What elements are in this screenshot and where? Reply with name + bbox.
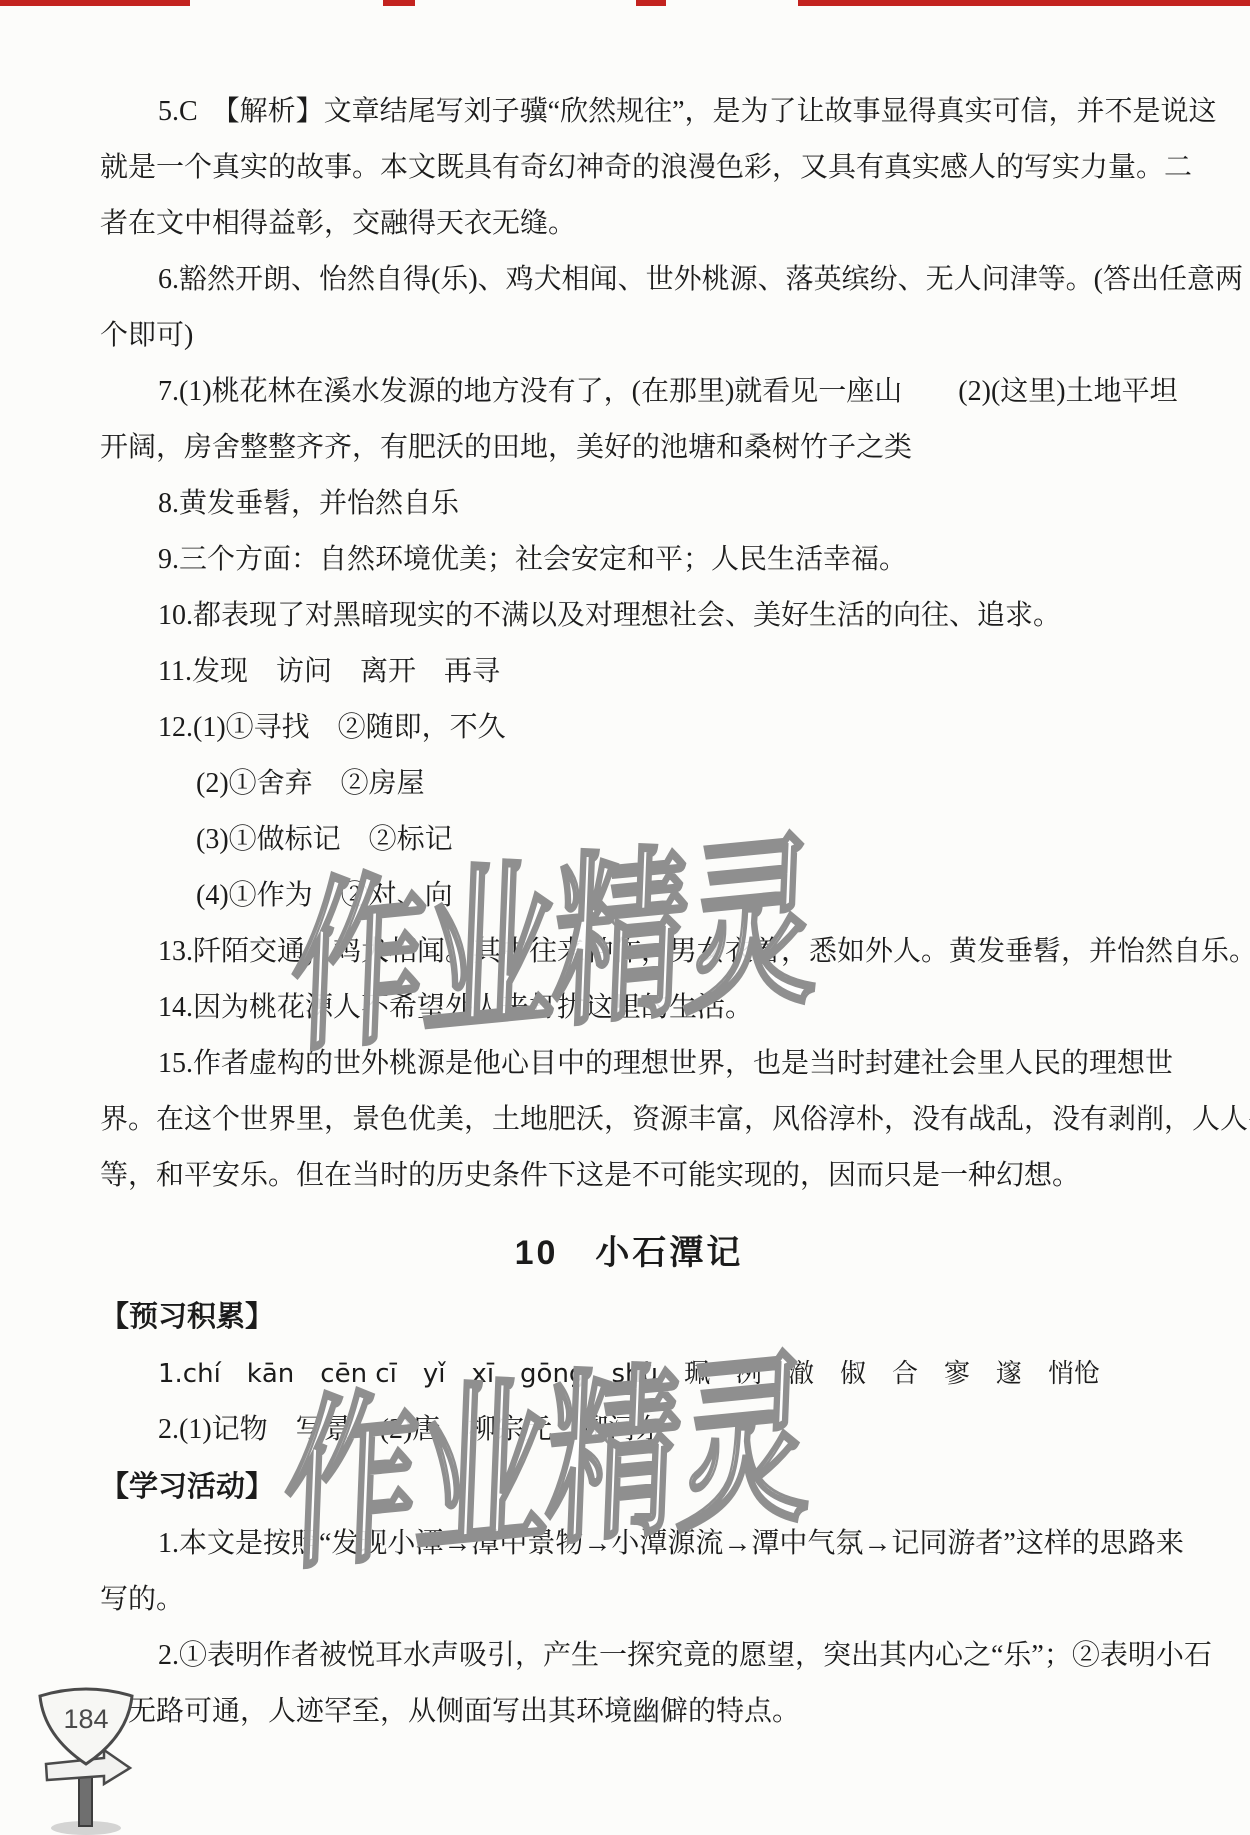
- text-line: 5.C 【解析】文章结尾写刘子骥“欣然规往”，是为了让故事显得真实可信，并不是说…: [100, 84, 1158, 140]
- text-line: 者在文中相得益彰，交融得天衣无缝。: [100, 196, 1158, 252]
- text-line: 就是一个真实的故事。本文既具有奇幻神奇的浪漫色彩，又具有真实感人的写实力量。二: [100, 140, 1158, 196]
- lesson-number: 10: [515, 1234, 559, 1272]
- text-line: (2)①舍弃 ②房屋: [100, 756, 1158, 812]
- text-line: 8.黄发垂髫，并怡然自乐: [100, 476, 1158, 532]
- top-edge-red-mark: [0, 0, 190, 6]
- text-line: 1.本文是按照“发现小潭→潭中景物→小潭源流→潭中气氛→记同游者”这样的思路来: [100, 1516, 1158, 1572]
- signpost-post: [79, 1774, 92, 1826]
- workbook-page: 5.C 【解析】文章结尾写刘子骥“欣然规往”，是为了让故事显得真实可信，并不是说…: [0, 0, 1250, 1835]
- top-edge-red-mark: [636, 0, 666, 6]
- text-line: 2.①表明作者被悦耳水声吸引，产生一探究竟的愿望，突出其内心之“乐”；②表明小石: [100, 1628, 1158, 1684]
- section-header: 【预习积累】: [100, 1288, 1158, 1346]
- lesson-heading: 10 小石潭记: [100, 1230, 1158, 1276]
- page-number: 184: [63, 1704, 108, 1734]
- text-line: 潭无路可通，人迹罕至，从侧面写出其环境幽僻的特点。: [100, 1684, 1158, 1740]
- top-edge-red-mark: [383, 0, 415, 6]
- text-line: 7.(1)桃花林在溪水发源的地方没有了，(在那里)就看见一座山 (2)(这里)土…: [100, 364, 1158, 420]
- text-line: 9.三个方面：自然环境优美；社会安定和平；人民生活幸福。: [100, 532, 1158, 588]
- section-header: 【学习活动】: [100, 1458, 1158, 1516]
- text-line: (3)①做标记 ②标记: [100, 812, 1158, 868]
- text-line: (4)①作为 ②对、向: [100, 868, 1158, 924]
- text-line: 6.豁然开朗、怡然自得(乐)、鸡犬相闻、世外桃源、落英缤纷、无人问津等。(答出任…: [100, 252, 1158, 308]
- text-line: 1.chí kān cēn cī yǐ xī gōng shù 珮 冽 澈 俶 …: [100, 1346, 1158, 1402]
- text-line: 14.因为桃花源人不希望外人来打扰这里的生活。: [100, 980, 1158, 1036]
- lesson-title: 小石潭记: [595, 1234, 743, 1272]
- text-line: 写的。: [100, 1572, 1158, 1628]
- text-line: 12.(1)①寻找 ②随即，不久: [100, 700, 1158, 756]
- text-line: 13.阡陌交通，鸡犬相闻。其中往来种作，男女衣着，悉如外人。黄发垂髫，并怡然自乐…: [100, 924, 1158, 980]
- text-line: 11.发现 访问 离开 再寻: [100, 644, 1158, 700]
- text-line: 2.(1)记物 写景 (2)唐 柳宗元 柳河东: [100, 1402, 1158, 1458]
- text-line: 10.都表现了对黑暗现实的不满以及对理想社会、美好生活的向往、追求。: [100, 588, 1158, 644]
- text-line: 开阔，房舍整整齐齐，有肥沃的田地，美好的池塘和桑树竹子之类: [100, 420, 1158, 476]
- text-line: 15.作者虚构的世外桃源是他心目中的理想世界，也是当时封建社会里人民的理想世: [100, 1036, 1158, 1092]
- lesson-sections-block: 【预习积累】1.chí kān cēn cī yǐ xī gōng shù 珮 …: [100, 1288, 1158, 1740]
- text-line: 个即可): [100, 308, 1158, 364]
- text-line: 界。在这个世界里，景色优美，土地肥沃，资源丰富，风俗淳朴，没有战乱，没有剥削，人…: [100, 1092, 1158, 1148]
- page-content: 5.C 【解析】文章结尾写刘子骥“欣然规往”，是为了让故事显得真实可信，并不是说…: [100, 84, 1158, 1740]
- top-edge-red-mark: [798, 0, 1250, 6]
- text-line: 等，和平安乐。但在当时的历史条件下这是不可能实现的，因而只是一种幻想。: [100, 1148, 1158, 1204]
- answers-block: 5.C 【解析】文章结尾写刘子骥“欣然规往”，是为了让故事显得真实可信，并不是说…: [100, 84, 1158, 1204]
- page-number-signpost: 184: [26, 1686, 146, 1835]
